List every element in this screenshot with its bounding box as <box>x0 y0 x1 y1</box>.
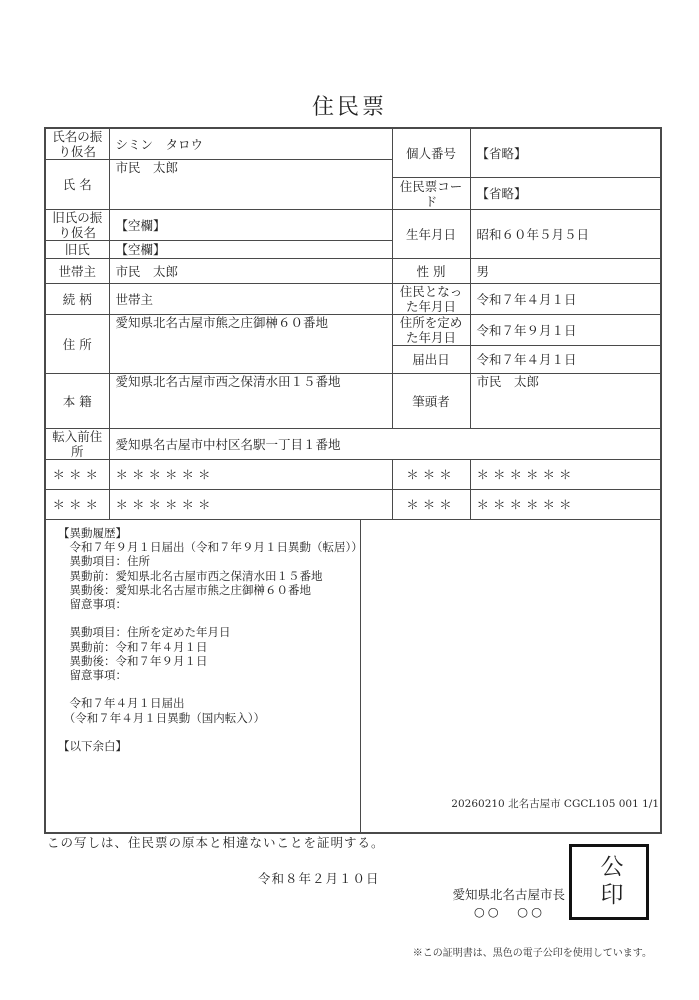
domicile-label: 本 籍 <box>45 374 109 429</box>
move-history-section: 【異動履歴】 令和７年９月１日届出（令和７年９月１日異動（転居）） 異動項目：住… <box>52 520 361 832</box>
row-relationship: 続 柄 世帯主 住民となった年月日 令和７年４月１日 <box>45 284 661 315</box>
history-line <box>58 611 354 625</box>
history-line: 令和７年４月１日届出 <box>58 696 354 710</box>
old-name-furigana-label: 旧氏の振り仮名 <box>45 210 109 241</box>
notification-date-label: 届出日 <box>392 346 470 374</box>
official-seal-text: 公印 <box>598 854 621 910</box>
history-cell: 【異動履歴】 令和７年９月１日届出（令和７年９月１日異動（転居）） 異動項目：住… <box>45 520 661 833</box>
resident-since-label: 住民となった年月日 <box>392 284 470 315</box>
householder-label: 世帯主 <box>45 259 109 284</box>
mayor-title: 愛知県北名古屋市長 <box>452 885 565 903</box>
old-name-value: 【空欄】 <box>109 241 392 259</box>
history-line: 異動前：令和７年４月１日 <box>58 640 354 654</box>
notification-date-value: 令和７年４月１日 <box>470 346 661 374</box>
old-name-furigana-value: 【空欄】 <box>109 210 392 241</box>
history-line: 令和７年９月１日届出（令和７年９月１日異動（転居）） <box>58 540 354 554</box>
row-masked-2: ＊＊＊ ＊＊＊＊＊＊ ＊＊＊ ＊＊＊＊＊＊ <box>45 490 661 520</box>
sex-value: 男 <box>470 259 661 284</box>
masked-cell: ＊＊＊＊＊＊ <box>470 490 661 520</box>
masked-cell: ＊＊＊ <box>45 460 109 490</box>
masked-cell: ＊＊＊ <box>392 490 470 520</box>
family-head-value: 市民 太郎 <box>470 374 661 429</box>
row-history: 【異動履歴】 令和７年９月１日届出（令和７年９月１日異動（転居）） 異動項目：住… <box>45 520 661 833</box>
history-line: 異動項目：住所を定めた年月日 <box>58 625 354 639</box>
history-line: 異動項目：住所 <box>58 554 354 568</box>
row-furigana: 氏名の振り仮名 シミン タロウ 個人番号 【省略】 <box>45 128 661 160</box>
resident-record-table: 氏名の振り仮名 シミン タロウ 個人番号 【省略】 氏 名 市民 太郎 住民票コ… <box>44 127 662 834</box>
sex-label: 性 別 <box>392 259 470 284</box>
row-old-name-furigana: 旧氏の振り仮名 【空欄】 生年月日 昭和６０年５月５日 <box>45 210 661 241</box>
previous-address-label: 転入前住所 <box>45 429 109 460</box>
history-line <box>58 682 354 696</box>
official-seal: 公印 <box>569 844 649 920</box>
previous-address-value: 愛知県名古屋市中村区名駅一丁目１番地 <box>109 429 661 460</box>
relationship-label: 続 柄 <box>45 284 109 315</box>
row-householder: 世帯主 市民 太郎 性 別 男 <box>45 259 661 284</box>
mayor-name: ○○ ○○ <box>474 902 545 920</box>
history-line: 異動後：令和７年９月１日 <box>58 654 354 668</box>
name-label: 氏 名 <box>45 160 109 210</box>
name-value: 市民 太郎 <box>109 160 392 210</box>
history-line: 留意事項： <box>58 597 354 611</box>
masked-cell: ＊＊＊＊＊＊ <box>470 460 661 490</box>
row-previous-address: 転入前住所 愛知県名古屋市中村区名駅一丁目１番地 <box>45 429 661 460</box>
history-line <box>58 725 354 739</box>
row-masked-1: ＊＊＊ ＊＊＊＊＊＊ ＊＊＊ ＊＊＊＊＊＊ <box>45 460 661 490</box>
resident-code-label: 住民票コード <box>392 178 470 210</box>
furigana-value: シミン タロウ <box>109 128 392 160</box>
address-set-date-value: 令和７年９月１日 <box>470 315 661 346</box>
history-line: （令和７年４月１日異動（国内転入）） <box>58 711 354 725</box>
domicile-value: 愛知県北名古屋市西之保清水田１５番地 <box>109 374 392 429</box>
masked-cell: ＊＊＊＊＊＊ <box>109 490 392 520</box>
history-line: 【以下余白】 <box>58 739 354 753</box>
resident-since-value: 令和７年４月１日 <box>470 284 661 315</box>
personal-number-value: 【省略】 <box>470 128 661 178</box>
relationship-value: 世帯主 <box>109 284 392 315</box>
address-value: 愛知県北名古屋市熊之庄御榊６０番地 <box>109 315 392 374</box>
resident-certificate-page: 住民票 氏名の振り仮名 シミン タロウ 個人番号 【省略】 氏 名 市民 太郎 … <box>0 0 699 1000</box>
history-empty-pane <box>361 520 654 832</box>
electronic-seal-note: ※この証明書は、黒色の電子公印を使用しています。 <box>413 944 652 959</box>
old-name-label: 旧氏 <box>45 241 109 259</box>
history-line: 異動後：愛知県北名古屋市熊之庄御榊６０番地 <box>58 583 354 597</box>
masked-cell: ＊＊＊＊＊＊ <box>109 460 392 490</box>
history-line: 【異動履歴】 <box>58 526 354 540</box>
birth-date-value: 昭和６０年５月５日 <box>470 210 661 259</box>
document-title: 住民票 <box>0 90 699 121</box>
masked-cell: ＊＊＊ <box>45 490 109 520</box>
history-line: 留意事項： <box>58 668 354 682</box>
personal-number-label: 個人番号 <box>392 128 470 178</box>
print-code: 20260210 北名古屋市 CGCL105 001 1/1 <box>451 796 659 811</box>
resident-code-value: 【省略】 <box>470 178 661 210</box>
masked-cell: ＊＊＊ <box>392 460 470 490</box>
householder-value: 市民 太郎 <box>109 259 392 284</box>
furigana-label: 氏名の振り仮名 <box>45 128 109 160</box>
row-address: 住 所 愛知県北名古屋市熊之庄御榊６０番地 住所を定めた年月日 令和７年９月１日 <box>45 315 661 346</box>
history-wrap: 【異動履歴】 令和７年９月１日届出（令和７年９月１日異動（転居）） 異動項目：住… <box>52 520 654 832</box>
family-head-label: 筆頭者 <box>392 374 470 429</box>
history-line: 異動前：愛知県北名古屋市西之保清水田１５番地 <box>58 569 354 583</box>
issue-date: 令和８年２月１０日 <box>258 869 380 887</box>
address-label: 住 所 <box>45 315 109 374</box>
certification-statement: この写しは、住民票の原本と相違ないことを証明する。 <box>47 833 385 851</box>
address-set-date-label: 住所を定めた年月日 <box>392 315 470 346</box>
row-domicile: 本 籍 愛知県北名古屋市西之保清水田１５番地 筆頭者 市民 太郎 <box>45 374 661 429</box>
birth-date-label: 生年月日 <box>392 210 470 259</box>
